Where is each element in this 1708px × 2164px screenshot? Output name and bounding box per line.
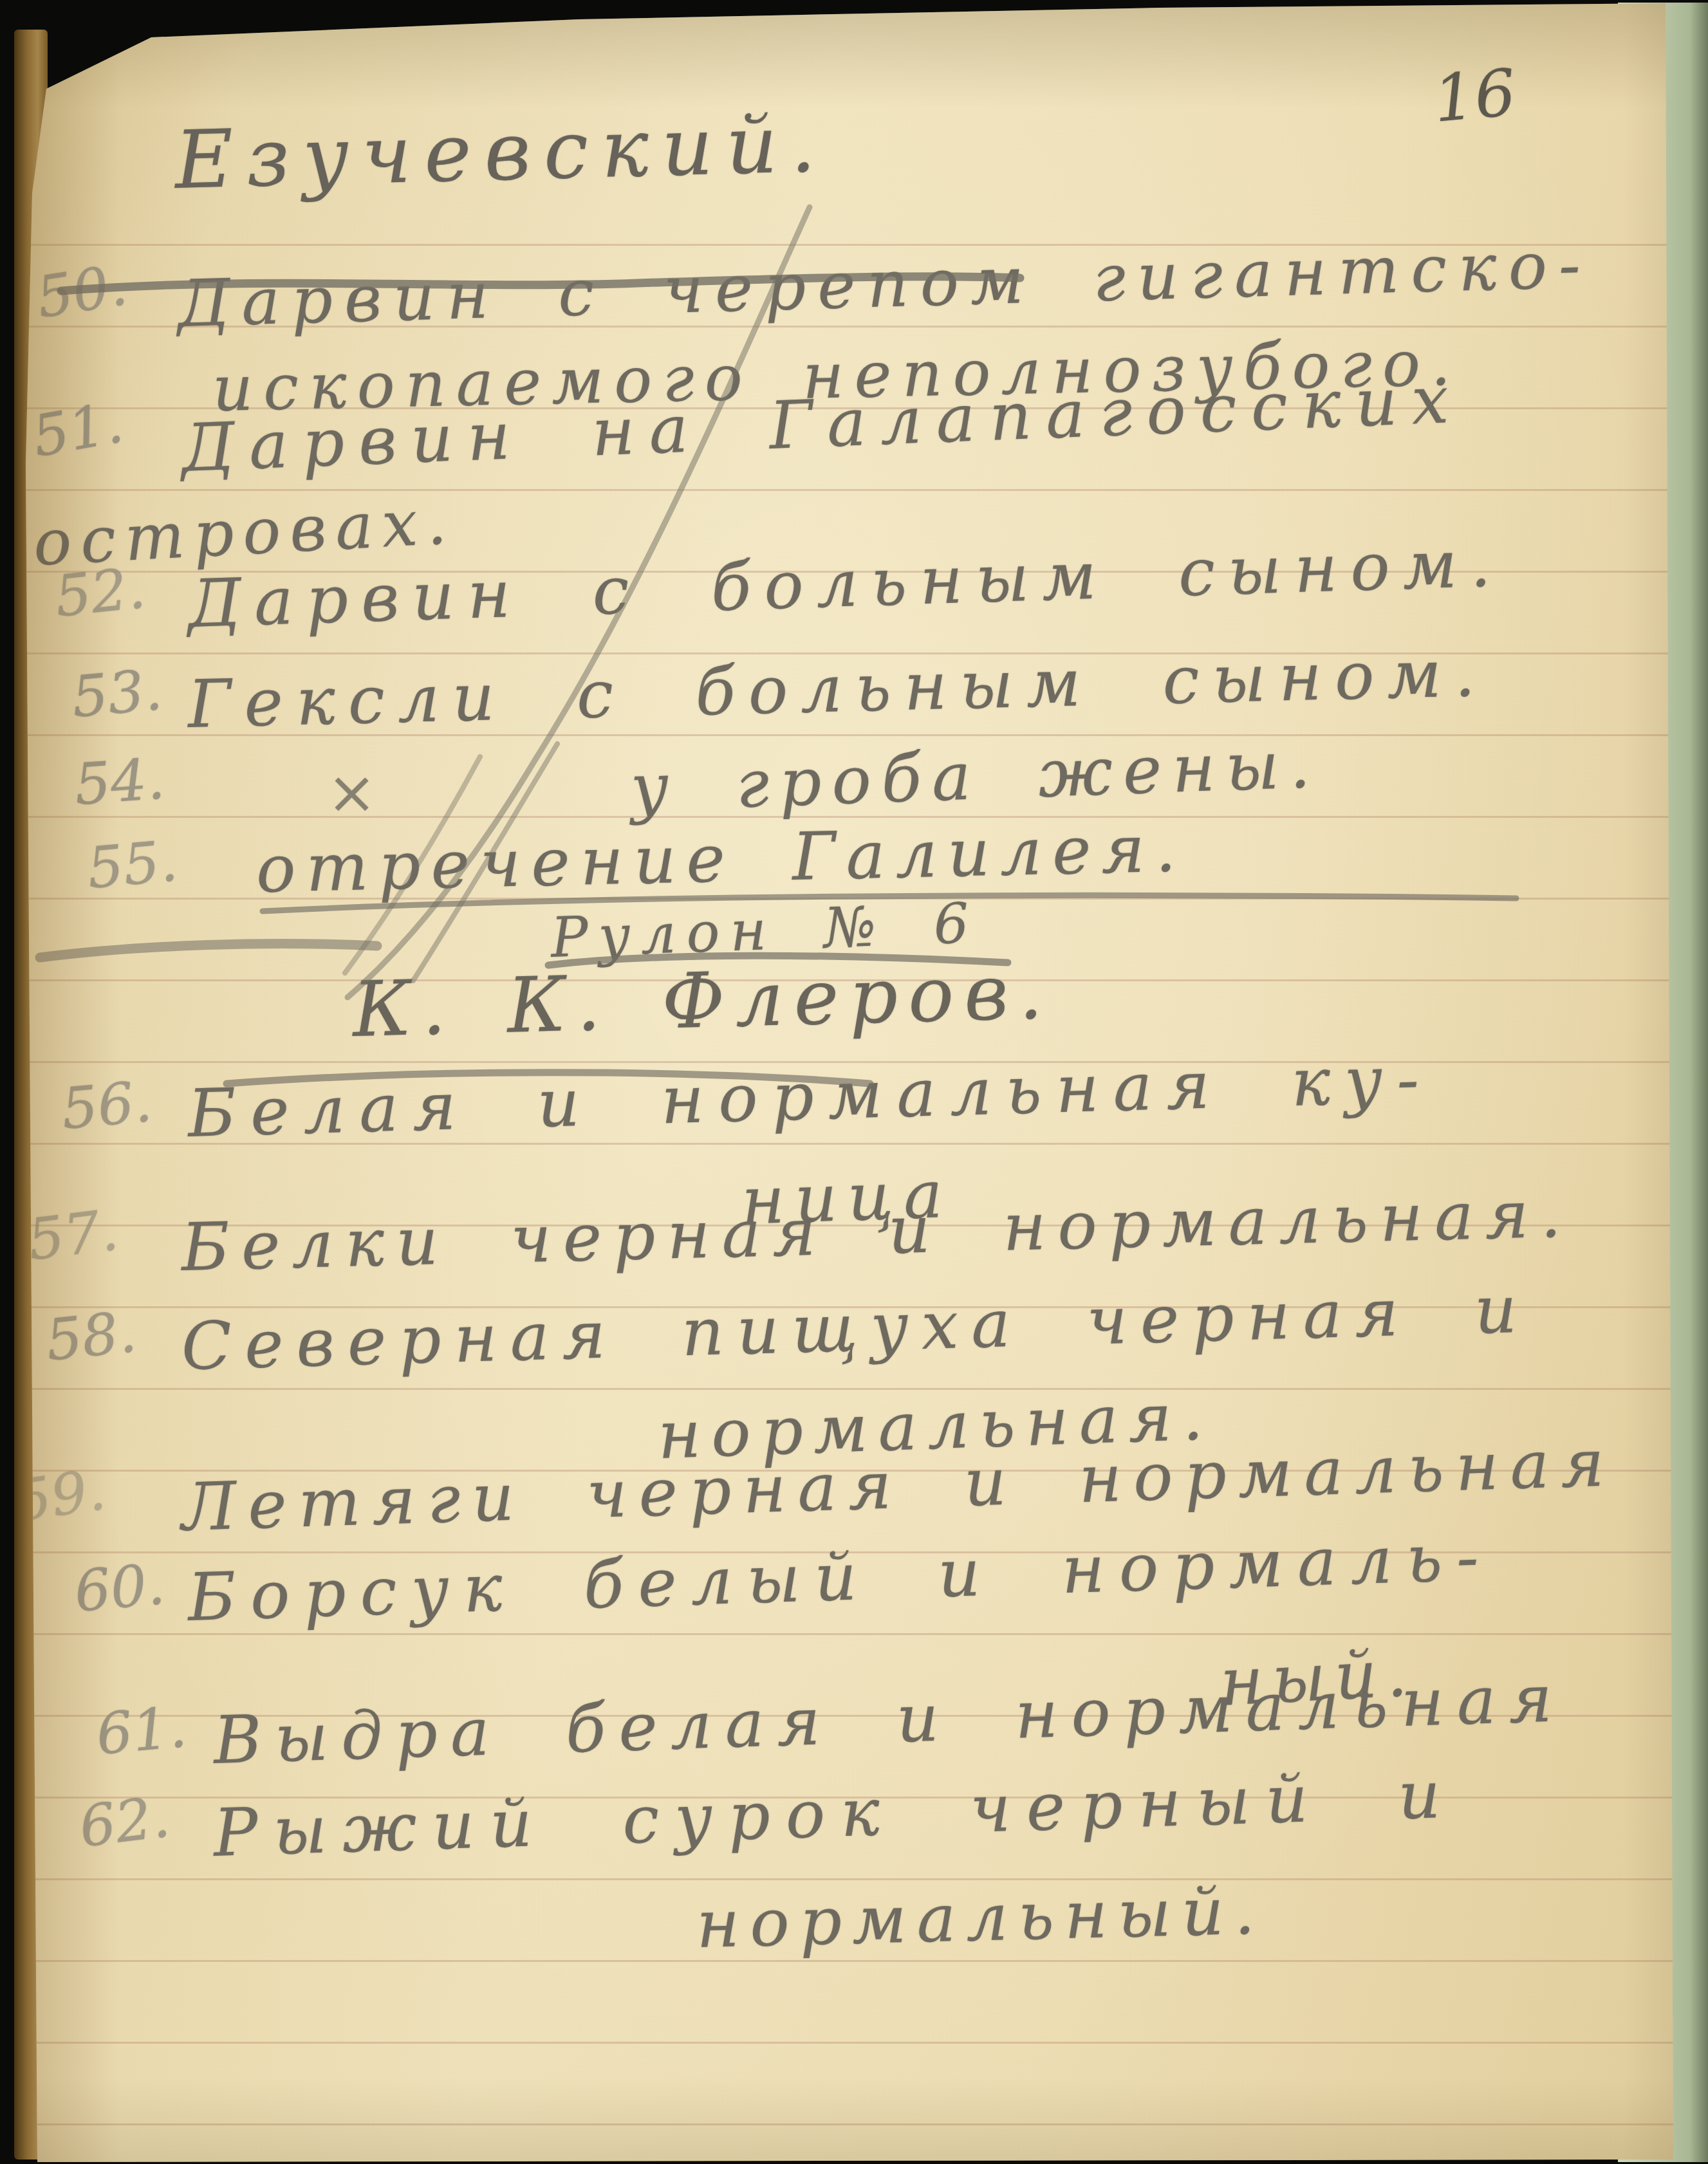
item-50-number: 50. [32,252,131,331]
item-54-number: 54. [72,745,167,818]
item-54-ditto-mark: × [327,758,376,827]
item-62-line-2: нормальный. [696,1873,1267,1963]
notebook-page: 16 Езучевский. 50. Дарвин с черепом гига… [0,0,1708,2164]
item-55-number: 55. [85,828,180,902]
page-heading: Езучевский. [174,97,830,207]
item-52-number: 52. [52,555,149,630]
item-57-number: 57. [24,1196,122,1273]
item-53-number: 53. [70,656,165,730]
item-60-number: 60. [72,1551,167,1625]
item-62-number: 62. [76,1783,173,1860]
item-61-number: 61. [94,1694,189,1768]
scanned-notebook-photo: 16 Езучевский. 50. Дарвин с черепом гига… [0,0,1708,2164]
item-56-number: 56. [59,1068,154,1142]
item-58-number: 58. [43,1299,140,1374]
author-name: К. К. Флеров. [351,947,1054,1054]
page-number: 16 [1431,55,1519,137]
